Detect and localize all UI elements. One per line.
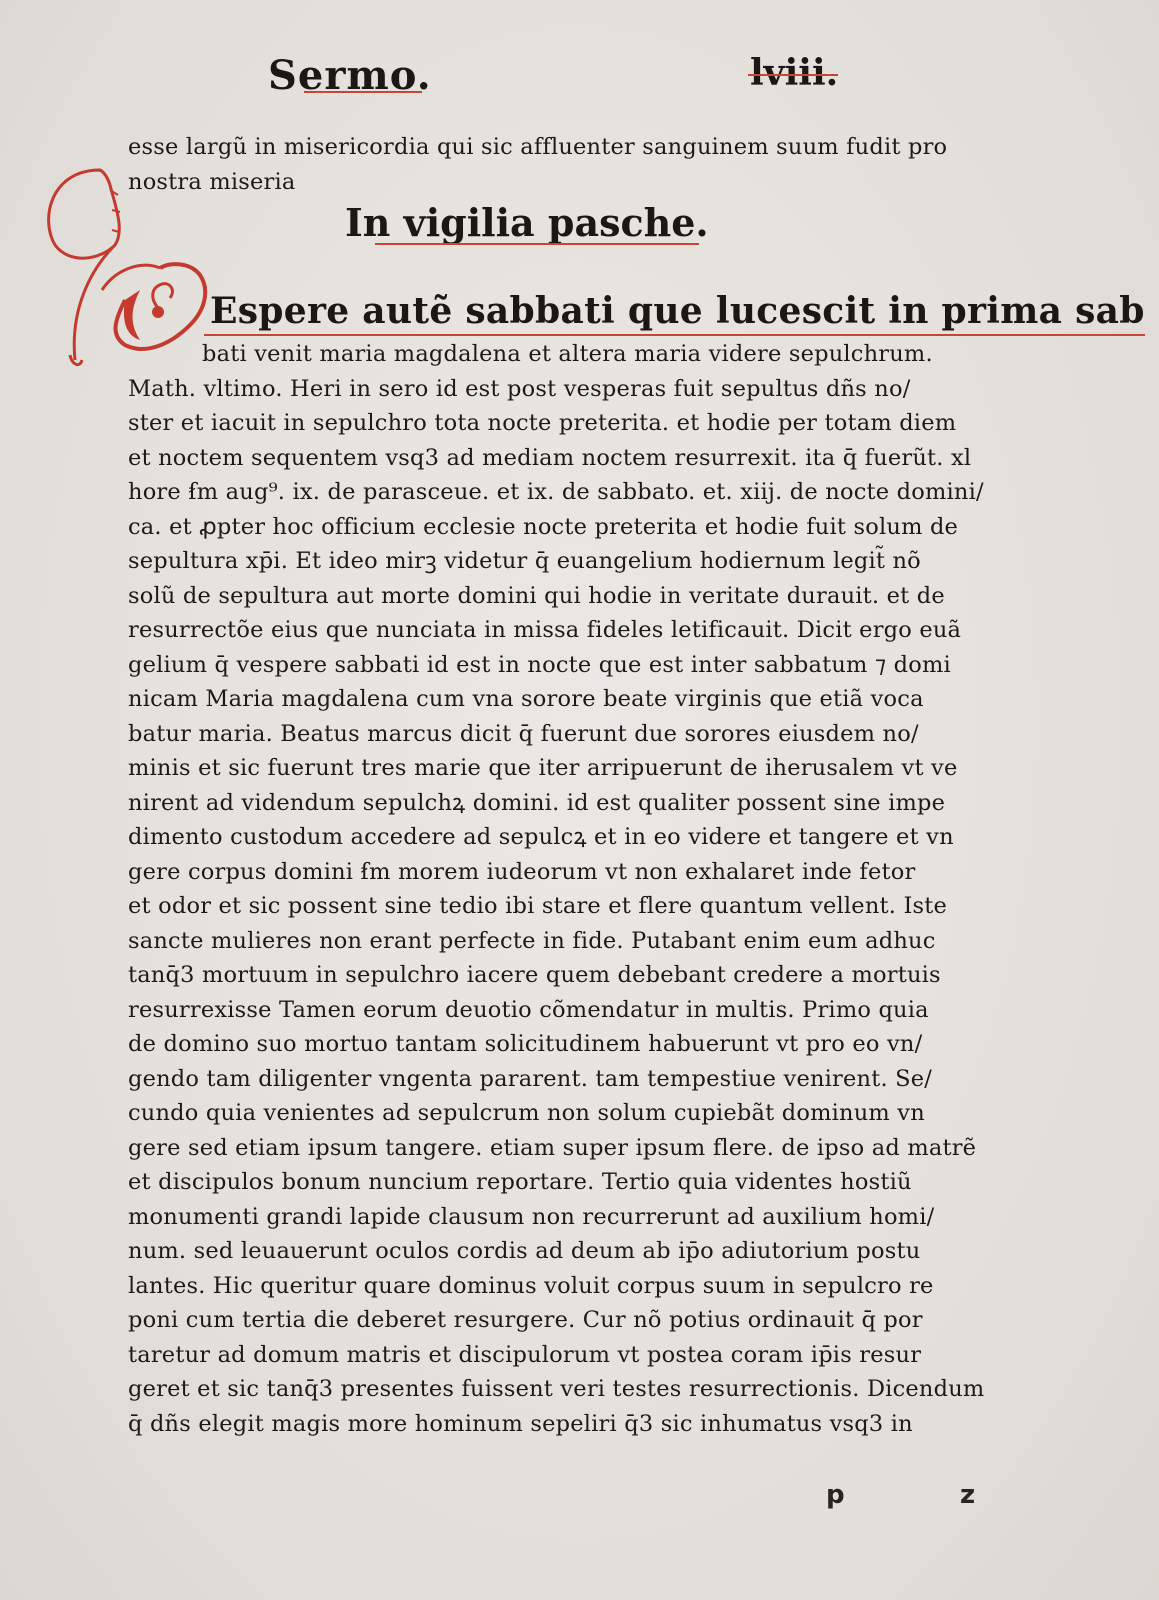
text-line: resurrexisse Tamen eorum deuotio cõmenda… — [128, 993, 1058, 1028]
text-line: nirent ad videndum sepulchꝝ domini. id e… — [128, 786, 1058, 821]
signature-mark-right: z — [960, 1480, 975, 1510]
text-line: q̄ dñs elegit magis more hominum sepelir… — [128, 1407, 1058, 1442]
text-line: monumenti grandi lapide clausum non recu… — [128, 1200, 1058, 1235]
text-line: cundo quia venientes ad sepulcrum non so… — [128, 1096, 1058, 1131]
text-line: gendo tam diligenter vngenta pararent. t… — [128, 1062, 1058, 1097]
text-line: sepultura xp̄i. Et ideo mirꝫ videtur q̄ … — [128, 544, 1058, 579]
continuation-text: esse largũ in misericordia qui sic afflu… — [128, 130, 1058, 199]
printed-page: Sermo. lviii. esse largũ in misericordia… — [0, 0, 1159, 1600]
text-line: et odor et sic possent sine tedio ibi st… — [128, 889, 1058, 924]
sermon-body: bati venit maria magdalena et altera mar… — [128, 337, 1058, 1441]
text-line: tanq̄3 mortuum in sepulchro iacere quem … — [128, 958, 1058, 993]
text-line: minis et sic fuerunt tres marie que iter… — [128, 751, 1058, 786]
text-line: esse largũ in misericordia qui sic afflu… — [128, 130, 1058, 165]
text-line: gere corpus domini ẜm morem iudeorum vt … — [128, 855, 1058, 890]
text-line: de domino suo mortuo tantam solicitudine… — [128, 1027, 1058, 1062]
text-line: solũ de sepultura aut morte domini qui h… — [128, 579, 1058, 614]
text-line: resurrectõe eius que nunciata in missa f… — [128, 613, 1058, 648]
rubric-heading: In vigilia pasche. — [345, 200, 709, 245]
running-title: Sermo. — [268, 52, 432, 99]
text-line: ster et iacuit in sepulchro tota nocte p… — [128, 406, 1058, 441]
text-line: bati venit maria magdalena et altera mar… — [128, 337, 1058, 372]
text-line: et noctem sequentem vsq3 ad mediam nocte… — [128, 441, 1058, 476]
text-line: et discipulos bonum nuncium reportare. T… — [128, 1165, 1058, 1200]
running-header: Sermo. lviii. — [0, 52, 1159, 112]
text-line: ca. et ꝓpter hoc officium ecclesie nocte… — [128, 510, 1058, 545]
text-line: gere sed etiam ipsum tangere. etiam supe… — [128, 1131, 1058, 1166]
text-line: gelium q̄ vespere sabbati id est in noct… — [128, 648, 1058, 683]
text-line: Math. vltimo. Heri in sero id est post v… — [128, 372, 1058, 407]
text-line: poni cum tertia die deberet resurgere. C… — [128, 1303, 1058, 1338]
text-line: taretur ad domum matris et discipulorum … — [128, 1338, 1058, 1373]
text-line: lantes. Hic queritur quare dominus volui… — [128, 1269, 1058, 1304]
text-line: batur maria. Beatus marcus dicit q̄ fuer… — [128, 717, 1058, 752]
text-line: num. sed leuauerunt oculos cordis ad deu… — [128, 1234, 1058, 1269]
text-line: sancte mulieres non erant perfecte in fi… — [128, 924, 1058, 959]
text-line: nostra miseria — [128, 165, 1058, 200]
text-line: geret et sic tanq̄3 presentes fuissent v… — [128, 1372, 1058, 1407]
folio-number: lviii. — [750, 52, 838, 94]
incipit-line: Espere autẽ sabbati que lucescit in prim… — [210, 290, 1145, 332]
text-line: dimento custodum accedere ad sepulcꝝ et … — [128, 820, 1058, 855]
text-line: hore ẜm aug⁹. ix. de parasceue. et ix. d… — [128, 475, 1058, 510]
signature-mark-left: p — [826, 1480, 845, 1510]
text-line: nicam Maria magdalena cum vna sorore bea… — [128, 682, 1058, 717]
